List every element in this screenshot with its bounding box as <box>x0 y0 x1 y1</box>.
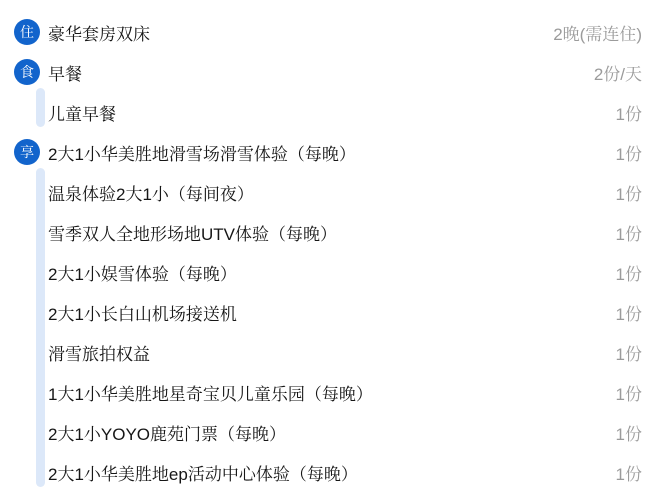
category-badge-slot <box>14 379 40 405</box>
item-label: 2大1小娱雪体验（每晚） <box>48 260 604 285</box>
enjoy-badge: 享 <box>14 139 40 165</box>
package-item-row: 2大1小YOYO鹿苑门票（每晚） 1份 <box>14 412 642 452</box>
item-quantity: 1份 <box>616 220 642 245</box>
item-label: 早餐 <box>48 60 582 85</box>
package-item-row: 滑雪旅拍权益 1份 <box>14 332 642 372</box>
package-item-row: 享 2大1小华美胜地滑雪场滑雪体验（每晚） 1份 <box>14 132 642 172</box>
item-quantity: 1份 <box>616 260 642 285</box>
category-badge-slot: 住 <box>14 19 40 45</box>
item-label: 1大1小华美胜地星奇宝贝儿童乐园（每晚） <box>48 380 604 405</box>
item-label: 滑雪旅拍权益 <box>48 340 604 365</box>
package-item-row: 1大1小华美胜地星奇宝贝儿童乐园（每晚） 1份 <box>14 372 642 412</box>
item-label: 2大1小YOYO鹿苑门票（每晚） <box>48 420 604 445</box>
item-quantity: 1份 <box>616 380 642 405</box>
package-item-row: 温泉体验2大1小（每间夜） 1份 <box>14 172 642 212</box>
item-label: 温泉体验2大1小（每间夜） <box>48 180 604 205</box>
package-item-row: 雪季双人全地形场地UTV体验（每晚） 1份 <box>14 212 642 252</box>
package-group: 住 豪华套房双床 2晚(需连住) <box>14 12 642 52</box>
item-quantity: 2份/天 <box>594 60 642 85</box>
category-badge-slot <box>14 219 40 245</box>
group-rows: 食 早餐 2份/天 儿童早餐 1份 <box>14 52 642 132</box>
package-group: 享 2大1小华美胜地滑雪场滑雪体验（每晚） 1份 温泉体验2大1小（每间夜） 1… <box>14 132 642 492</box>
item-quantity: 2晚(需连住) <box>553 20 642 45</box>
package-group: 食 早餐 2份/天 儿童早餐 1份 <box>14 52 642 132</box>
stay-badge: 住 <box>14 19 40 45</box>
item-quantity: 1份 <box>616 180 642 205</box>
item-label: 2大1小华美胜地ep活动中心体验（每晚） <box>48 460 604 485</box>
food-badge: 食 <box>14 59 40 85</box>
item-label: 雪季双人全地形场地UTV体验（每晚） <box>48 220 604 245</box>
category-badge-slot <box>14 259 40 285</box>
item-quantity: 1份 <box>616 140 642 165</box>
category-badge-slot <box>14 419 40 445</box>
item-label: 豪华套房双床 <box>48 20 541 45</box>
group-rows: 住 豪华套房双床 2晚(需连住) <box>14 12 642 52</box>
item-quantity: 1份 <box>616 340 642 365</box>
item-quantity: 1份 <box>616 100 642 125</box>
category-badge-slot: 享 <box>14 139 40 165</box>
package-item-row: 食 早餐 2份/天 <box>14 52 642 92</box>
package-item-row: 2大1小娱雪体验（每晚） 1份 <box>14 252 642 292</box>
item-quantity: 1份 <box>616 420 642 445</box>
category-badge-slot <box>14 299 40 325</box>
category-badge-slot <box>14 459 40 485</box>
package-item-row: 2大1小华美胜地ep活动中心体验（每晚） 1份 <box>14 452 642 492</box>
group-rows: 享 2大1小华美胜地滑雪场滑雪体验（每晚） 1份 温泉体验2大1小（每间夜） 1… <box>14 132 642 492</box>
item-label: 2大1小长白山机场接送机 <box>48 300 604 325</box>
package-item-row: 2大1小长白山机场接送机 1份 <box>14 292 642 332</box>
package-item-row: 住 豪华套房双床 2晚(需连住) <box>14 12 642 52</box>
package-item-row: 儿童早餐 1份 <box>14 92 642 132</box>
category-badge-slot <box>14 179 40 205</box>
package-inclusion-list: 住 豪华套房双床 2晚(需连住) 食 早餐 2份/天 儿童早餐 1份 享 2大1… <box>0 0 656 500</box>
category-badge-slot: 食 <box>14 59 40 85</box>
item-quantity: 1份 <box>616 300 642 325</box>
item-quantity: 1份 <box>616 460 642 485</box>
category-badge-slot <box>14 339 40 365</box>
item-label: 儿童早餐 <box>48 100 604 125</box>
item-label: 2大1小华美胜地滑雪场滑雪体验（每晚） <box>48 140 604 165</box>
category-badge-slot <box>14 99 40 125</box>
